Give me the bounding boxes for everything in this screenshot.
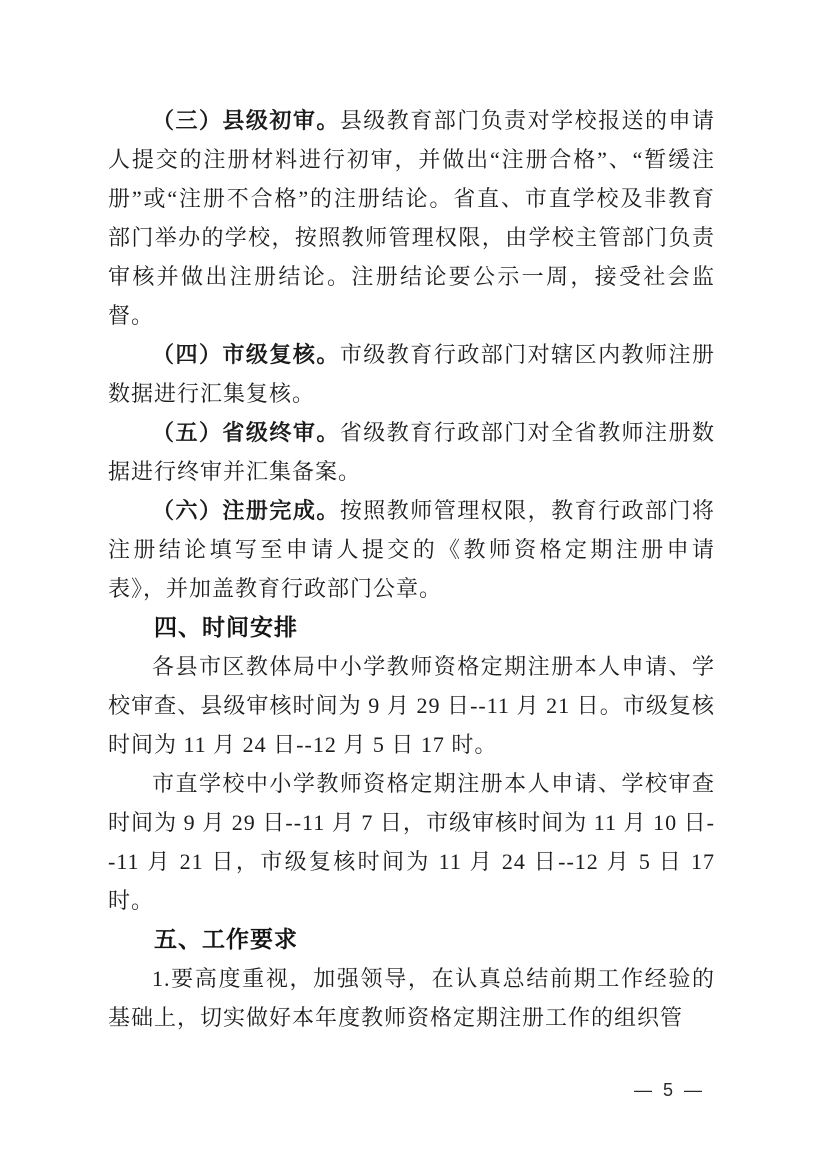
paragraph-text: 1.要高度重视，加强领导，在认真总结前期工作经验的基础上，切实做好本年度教师资格… [108,966,715,1030]
paragraph-text: 各县市区教体局中小学教师资格定期注册本人申请、学校审查、县级审核时间为 9 月 … [108,654,715,757]
paragraph-lead: （三）县级初审。 [152,108,340,133]
paragraph-work-requirement-1: 1.要高度重视，加强领导，在认真总结前期工作经验的基础上，切实做好本年度教师资格… [108,959,715,1037]
section-heading-schedule: 四、时间安排 [108,608,715,647]
document-page: （三）县级初审。县级教育部门负责对学校报送的申请人提交的注册材料进行初审，并做出… [0,0,827,1169]
paragraph-lead: （五）省级终审。 [152,420,340,445]
page-number: — 5 — [634,1080,705,1100]
section-heading-work-requirements: 五、工作要求 [108,920,715,959]
document-body: （三）县级初审。县级教育部门负责对学校报送的申请人提交的注册材料进行初审，并做出… [108,101,715,1037]
paragraph-text: 县级教育部门负责对学校报送的申请人提交的注册材料进行初审，并做出“注册合格”、“… [108,108,715,328]
page-footer: — 5 — [634,1078,705,1102]
paragraph-registration-complete: （六）注册完成。按照教师管理权限，教育行政部门将注册结论填写至申请人提交的《教师… [108,491,715,608]
paragraph-lead: （四）市级复核。 [152,342,340,367]
paragraph-city-recheck: （四）市级复核。市级教育行政部门对辖区内教师注册数据进行汇集复核。 [108,335,715,413]
paragraph-province-final-review: （五）省级终审。省级教育行政部门对全省教师注册数据进行终审并汇集备案。 [108,413,715,491]
paragraph-city-school-schedule: 市直学校中小学教师资格定期注册本人申请、学校审查时间为 9 月 29 日--11… [108,764,715,920]
paragraph-text: 市直学校中小学教师资格定期注册本人申请、学校审查时间为 9 月 29 日--11… [108,771,715,913]
paragraph-county-schedule: 各县市区教体局中小学教师资格定期注册本人申请、学校审查、县级审核时间为 9 月 … [108,647,715,764]
paragraph-lead: （六）注册完成。 [152,498,340,523]
paragraph-county-initial-review: （三）县级初审。县级教育部门负责对学校报送的申请人提交的注册材料进行初审，并做出… [108,101,715,335]
